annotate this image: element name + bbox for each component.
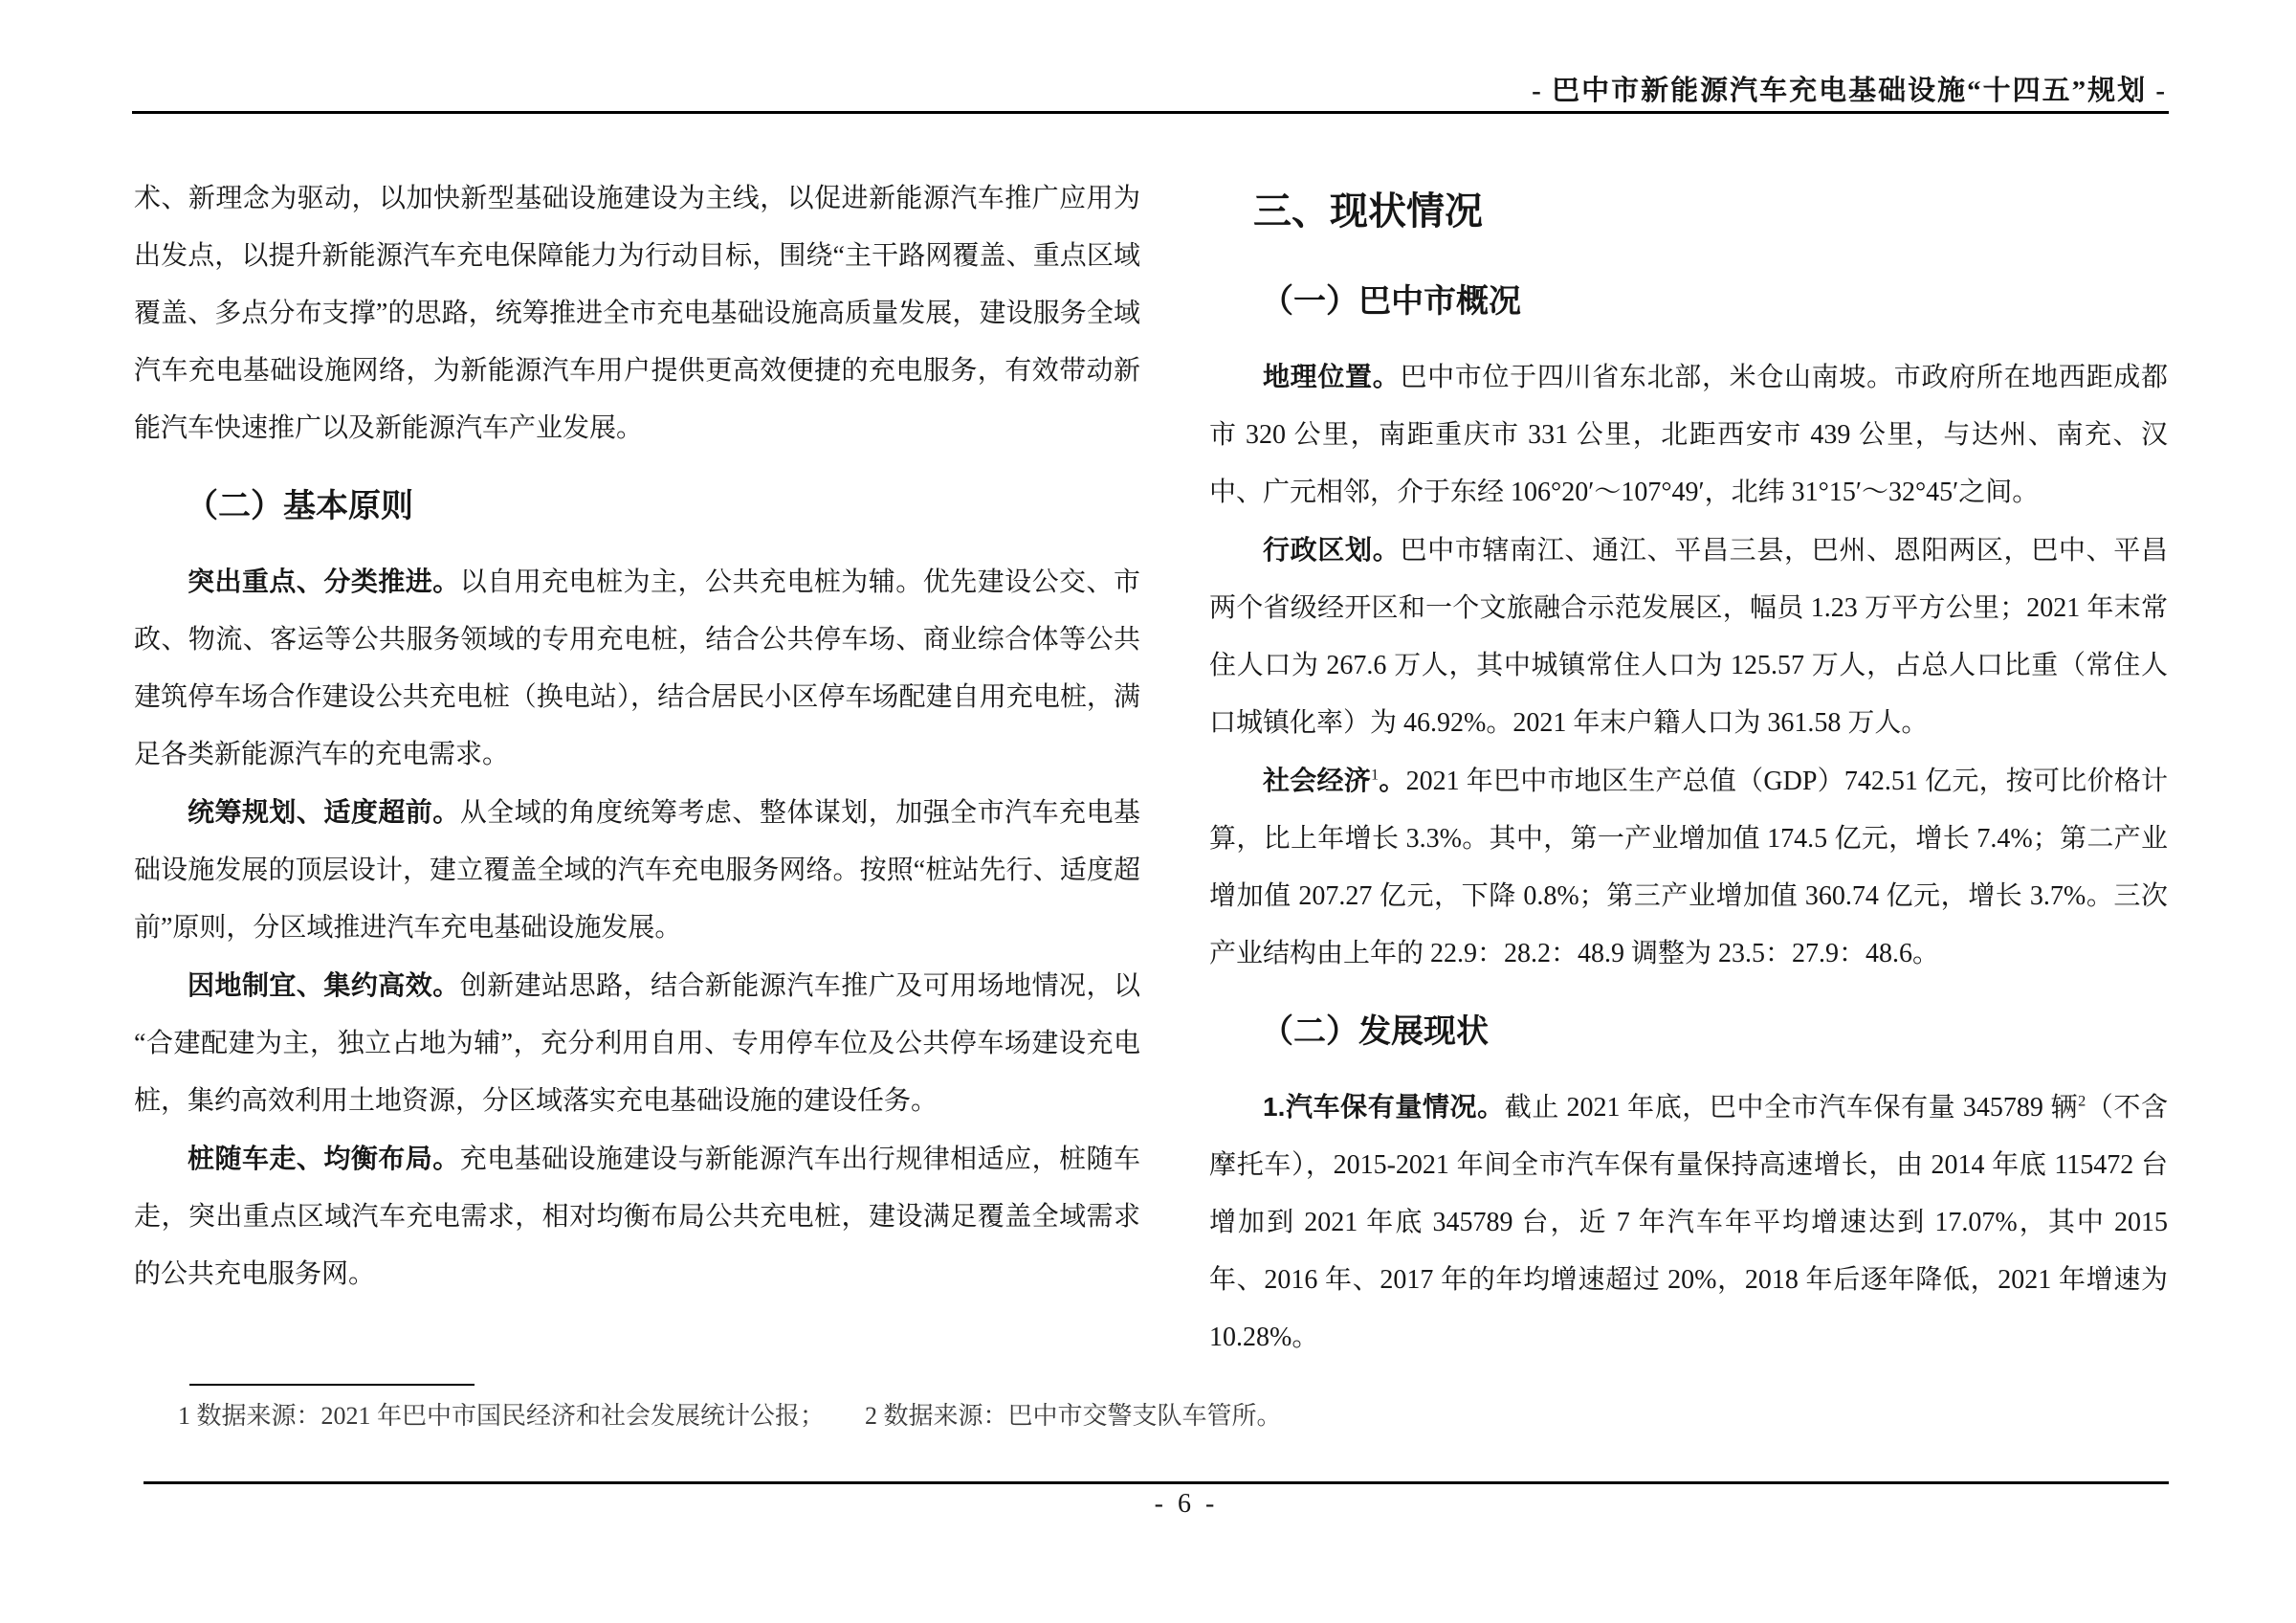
principle-lead-2: 统筹规划、适度超前。 — [188, 797, 460, 827]
overview-lead-economy: 社会经济 — [1263, 766, 1371, 795]
footnote-separator-rule — [189, 1384, 475, 1386]
principle-paragraph-1: 突出重点、分类推进。以自用充电桩为主，公共充电桩为辅。优先建设公交、市政、物流、… — [134, 553, 1140, 784]
footnote-item-1: 1 数据来源：2021 年巴中市国民经济和社会发展统计公报； — [178, 1402, 825, 1430]
header-rule — [132, 111, 2169, 114]
principle-lead-3: 因地制宜、集约高效。 — [188, 970, 460, 1000]
principle-text-1: 以自用充电桩为主，公共充电桩为辅。优先建设公交、市政、物流、客运等公共服务领域的… — [134, 567, 1140, 769]
overview-paragraph-geography: 地理位置。巴中市位于四川省东北部，米仓山南坡。市政府所在地西距成都市 320 公… — [1209, 348, 2168, 522]
intro-paragraph: 术、新理念为驱动，以加快新型基础设施建设为主线，以促进新能源汽车推广应用为出发点… — [134, 170, 1140, 457]
overview-paragraph-administration: 行政区划。巴中市辖南江、通江、平昌三县，巴州、恩阳两区，巴中、平昌两个省级经开区… — [1209, 522, 2168, 752]
document-page: - 巴中市新能源汽车充电基础设施“十四五”规划 - 术、新理念为驱动，以加快新型… — [0, 0, 2296, 1623]
left-column: 术、新理念为驱动，以加快新型基础设施建设为主线，以促进新能源汽车推广应用为出发点… — [134, 170, 1140, 1303]
vehicle-ownership-paragraph: 1.汽车保有量情况。截止 2021 年底，巴中全市汽车保有量 345789 辆2… — [1209, 1078, 2168, 1367]
vehicle-ownership-text-2: （不含摩托车），2015-2021 年间全市汽车保有量保持高速增长，由 2014… — [1209, 1093, 2168, 1352]
principle-paragraph-2: 统筹规划、适度超前。从全域的角度统筹考虑、整体谋划，加强全市汽车充电基础设施发展… — [134, 784, 1140, 957]
footnote-item-2: 2 数据来源：巴中市交警支队车管所。 — [865, 1402, 1282, 1430]
right-column: 三、现状情况 （一）巴中市概况 地理位置。巴中市位于四川省东北部，米仓山南坡。市… — [1209, 163, 2168, 1367]
section-heading-development-status: （二）发展现状 — [1261, 1010, 2168, 1054]
overview-text-economy: 2021 年巴中市地区生产总值（GDP）742.51 亿元，按可比价格计算，比上… — [1209, 767, 2168, 968]
overview-lead-administration: 行政区划。 — [1263, 535, 1400, 565]
overview-lead-geography: 地理位置。 — [1263, 362, 1400, 391]
footer-rule — [143, 1481, 2169, 1484]
footnote-ref-2: 2 — [2078, 1093, 2086, 1110]
principle-paragraph-4: 桩随车走、均衡布局。充电基础设施建设与新能源汽车出行规律相适应，桩随车走，突出重… — [134, 1130, 1140, 1303]
footnote-ref-1: 1 — [1371, 767, 1379, 784]
vehicle-ownership-text-1: 截止 2021 年底，巴中全市汽车保有量 345789 辆 — [1505, 1093, 2078, 1123]
overview-lead-economy-punct: 。 — [1379, 766, 1405, 795]
chapter-heading-current-situation: 三、现状情况 — [1253, 188, 2168, 235]
overview-text-administration: 巴中市辖南江、通江、平昌三县，巴州、恩阳两区，巴中、平昌两个省级经开区和一个文旅… — [1209, 536, 2168, 738]
section-heading-basic-principles: （二）基本原则 — [186, 484, 1140, 528]
vehicle-ownership-lead: 1.汽车保有量情况。 — [1263, 1092, 1505, 1122]
principle-lead-4: 桩随车走、均衡布局。 — [188, 1144, 460, 1173]
overview-paragraph-economy: 社会经济1。2021 年巴中市地区生产总值（GDP）742.51 亿元，按可比价… — [1209, 752, 2168, 983]
page-header-title: - 巴中市新能源汽车充电基础设施“十四五”规划 - — [1532, 69, 2167, 108]
principle-lead-1: 突出重点、分类推进。 — [188, 567, 460, 596]
principle-paragraph-3: 因地制宜、集约高效。创新建站思路，结合新能源汽车推广及可用场地情况，以“合建配建… — [134, 957, 1140, 1130]
section-heading-bazhong-overview: （一）巴中市概况 — [1261, 279, 2168, 323]
footnote-block: 1 数据来源：2021 年巴中市国民经济和社会发展统计公报；2 数据来源：巴中市… — [178, 1399, 1517, 1434]
page-number: - 6 - — [134, 1489, 2239, 1520]
